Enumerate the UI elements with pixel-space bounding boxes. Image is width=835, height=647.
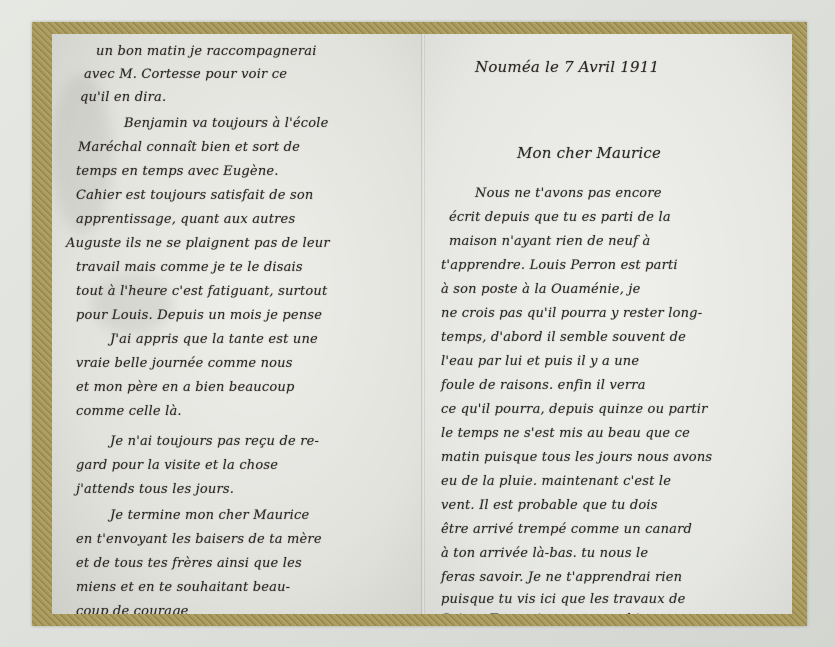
letter-line: en t'envoyant les baisers de ta mère [76, 532, 322, 547]
letter-sheet: un bon matin je raccompagnerai avec M. C… [52, 34, 792, 614]
letter-line: Nous ne t'avons pas encore [475, 186, 662, 201]
letter-line: Auguste ils ne se plaignent pas de leur [66, 236, 330, 251]
letter-line: vraie belle journée comme nous [76, 356, 293, 371]
letter-line: Cahier est toujours satisfait de son [76, 188, 313, 203]
paper-stain [92, 274, 172, 334]
letter-line: t'apprendre. Louis Perron est parti [441, 258, 678, 273]
letter-line: le temps ne s'est mis au beau que ce [441, 426, 690, 441]
letter-line: un bon matin je raccompagnerai [96, 44, 317, 59]
page-fold-crease [421, 34, 425, 614]
letter-line: ce qu'il pourra, depuis quinze ou partir [441, 402, 708, 417]
letter-line: J'ai appris que la tante est une [110, 332, 318, 347]
letter-line: pour Louis. Depuis un mois je pense [76, 308, 322, 323]
letter-line: vent. Il est probable que tu dois [441, 498, 658, 513]
letter-line: j'attends tous les jours. [76, 482, 234, 497]
letter-left-page: un bon matin je raccompagnerai avec M. C… [52, 34, 423, 614]
letter-line: puisque tu vis ici que les travaux de [441, 592, 686, 607]
letter-line: coup de courage [76, 604, 189, 614]
letter-salutation: Mon cher Maurice [517, 144, 661, 162]
letter-line: tout à l'heure c'est fatiguant, surtout [76, 284, 327, 299]
letter-line: gard pour la visite et la chose [76, 458, 278, 473]
letter-line: avec M. Cortesse pour voir ce [84, 67, 287, 82]
letter-line: feras savoir. Je ne t'apprendrai rien [441, 570, 682, 585]
letter-line: eu de la pluie. maintenant c'est le [441, 474, 671, 489]
letter-line: Sainte-Françoise sont tous bien [441, 612, 656, 614]
letter-line: maison n'ayant rien de neuf à [449, 234, 650, 249]
letter-line: l'eau par lui et puis il y a une [441, 354, 639, 369]
letter-line: Je termine mon cher Maurice [110, 508, 309, 523]
letter-line: être arrivé trempé comme un canard [441, 522, 692, 537]
letter-right-page: Nouméa le 7 Avril 1911 Mon cher Maurice … [423, 34, 792, 614]
letter-line: qu'il en dira. [80, 90, 166, 105]
letter-line: et mon père en a bien beaucoup [76, 380, 294, 395]
letter-line: et de tous tes frères ainsi que les [76, 556, 302, 571]
letter-line: Benjamin va toujours à l'école [124, 116, 329, 131]
letter-line: Je n'ai toujours pas reçu de re- [110, 434, 319, 449]
letter-line: miens et en te souhaitant beau- [76, 580, 290, 595]
letter-line: temps, d'abord il semble souvent de [441, 330, 686, 345]
letter-line: comme celle là. [76, 404, 182, 419]
letter-line: ne crois pas qu'il pourra y rester long- [441, 306, 702, 321]
letter-line: temps en temps avec Eugène. [76, 164, 279, 179]
letter-line: matin puisque tous les jours nous avons [441, 450, 712, 465]
letter-line: Maréchal connaît bien et sort de [78, 140, 300, 155]
letter-line: foule de raisons. enfin il verra [441, 378, 646, 393]
letter-line: à son poste à la Ouaménie, je [441, 282, 641, 297]
letter-line: travail mais comme je te le disais [76, 260, 303, 275]
letter-line: apprentissage, quant aux autres [76, 212, 295, 227]
letter-dateline: Nouméa le 7 Avril 1911 [475, 58, 659, 76]
letter-line: à ton arrivée là-bas. tu nous le [441, 546, 648, 561]
letter-line: écrit depuis que tu es parti de la [449, 210, 671, 225]
